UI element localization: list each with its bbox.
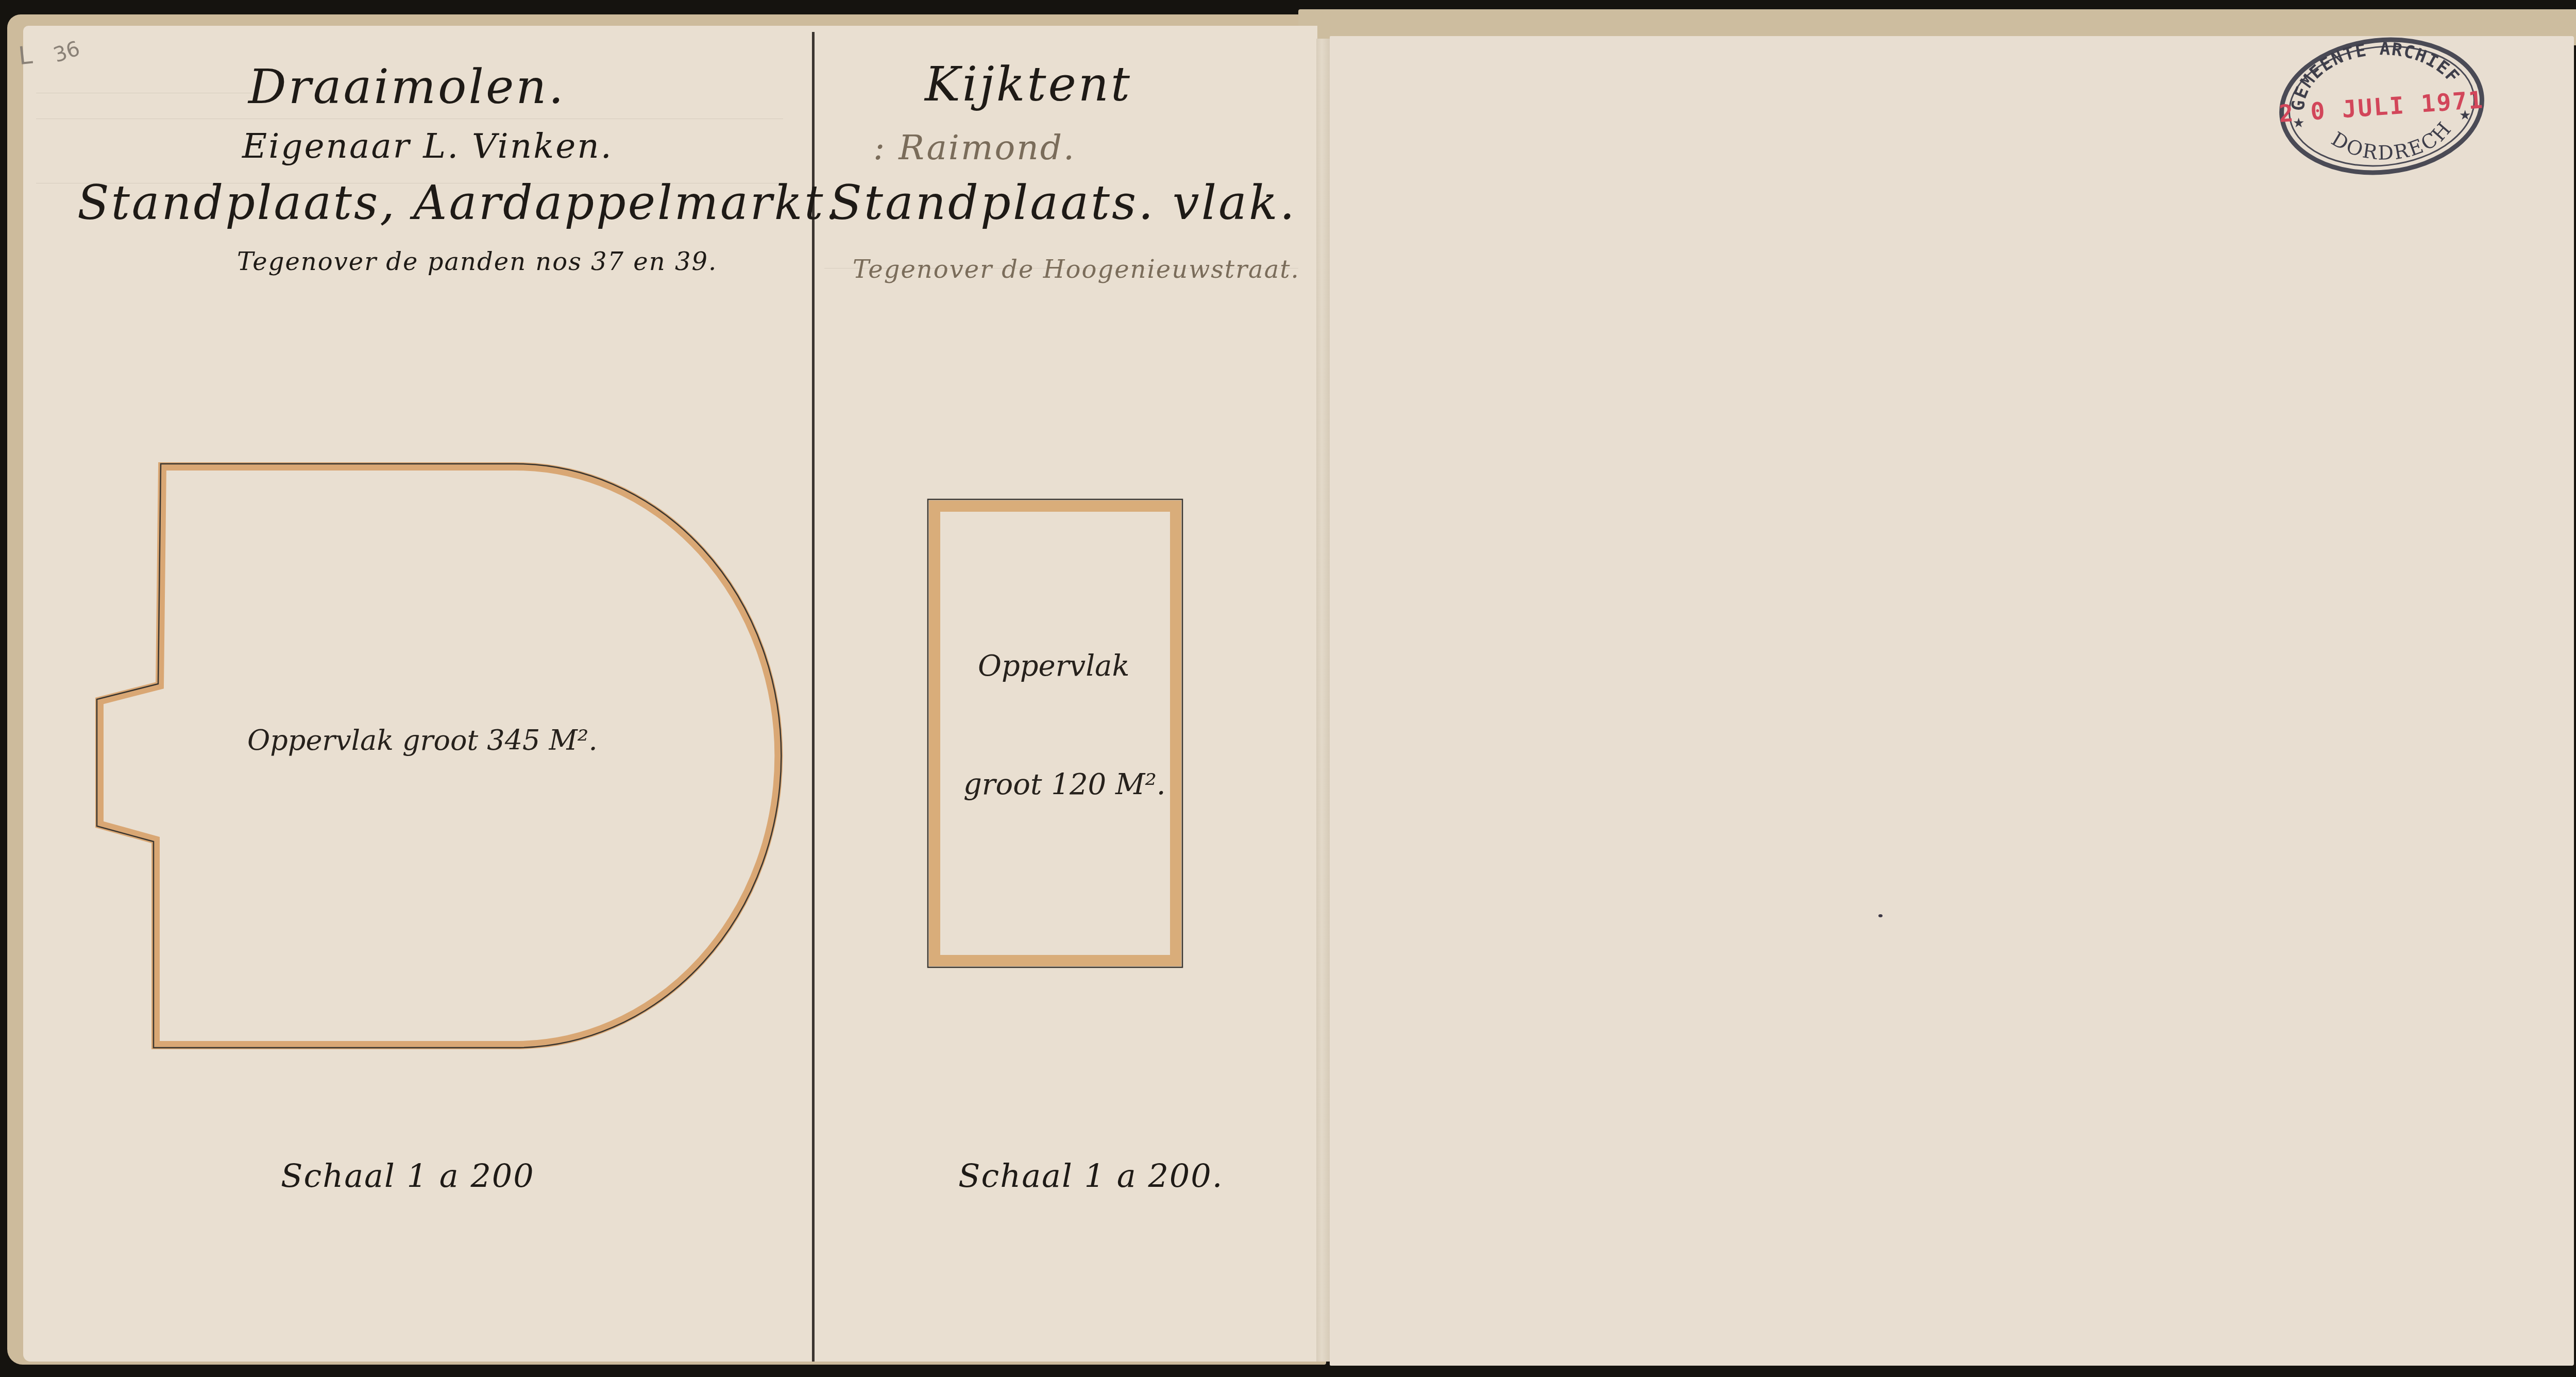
middle-scale: Schaal 1 a 200. <box>958 1157 1223 1195</box>
kijktent-plan-outline <box>922 495 1190 979</box>
middle-owner: : Raimond. <box>873 128 1076 167</box>
kijktent-area-label-line2: groot 120 M². <box>963 768 1166 801</box>
middle-opposite: Tegenover de Hoogenieuwstraat. <box>853 255 1300 284</box>
archive-stamp: GEMEENTE ARCHIEF DORDRECHT ★ ★ 2 0 JULI … <box>2277 37 2486 175</box>
middle-location: Standplaats. vlak. <box>829 175 1297 230</box>
draaimolen-area-label: Oppervlak groot 345 M². <box>247 724 598 757</box>
book-gutter <box>1316 39 1330 1362</box>
draaimolen-plan-outline <box>0 0 824 1134</box>
kijktent-area-label-line1: Oppervlak <box>978 649 1129 683</box>
paper-speck <box>1878 914 1883 917</box>
middle-title: Kijktent <box>925 57 1132 112</box>
right-page-blank <box>1330 36 2574 1366</box>
left-scale: Schaal 1 a 200 <box>281 1157 535 1195</box>
